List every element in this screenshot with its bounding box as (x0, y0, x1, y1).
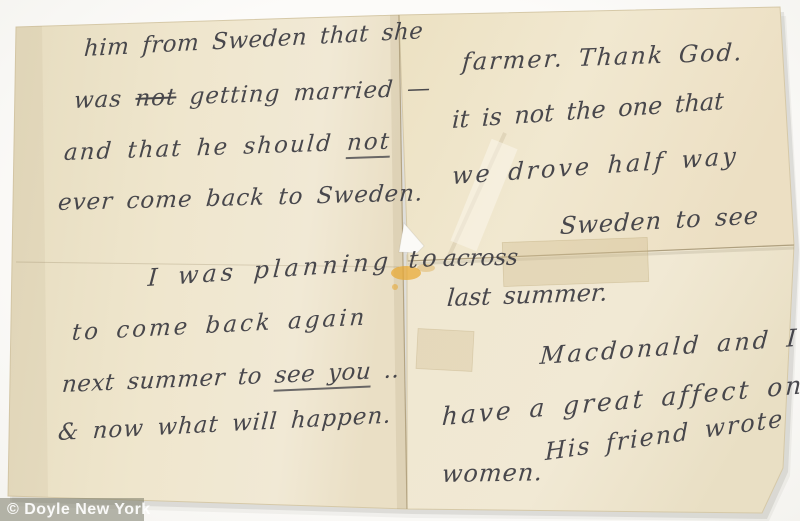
struck-word: not (135, 84, 178, 112)
watermark-bar: © Doyle New York (0, 498, 144, 521)
handwriting-line: across (442, 245, 519, 272)
handwriting-segment: was (73, 86, 136, 114)
handwriting-line: women. (441, 458, 544, 488)
watermark-text: © Doyle New York (0, 501, 151, 519)
left-edge-shading (8, 26, 48, 497)
handwriting-line: last summer. (446, 278, 608, 312)
stain-dot (392, 284, 398, 290)
tape-strip-2 (416, 329, 474, 372)
underlined-word: not (346, 129, 392, 160)
underlined-word: see you (274, 358, 373, 391)
handwriting-segment: .. (370, 357, 400, 384)
letter-photo: him from Sweden that she was not getting… (0, 0, 800, 521)
